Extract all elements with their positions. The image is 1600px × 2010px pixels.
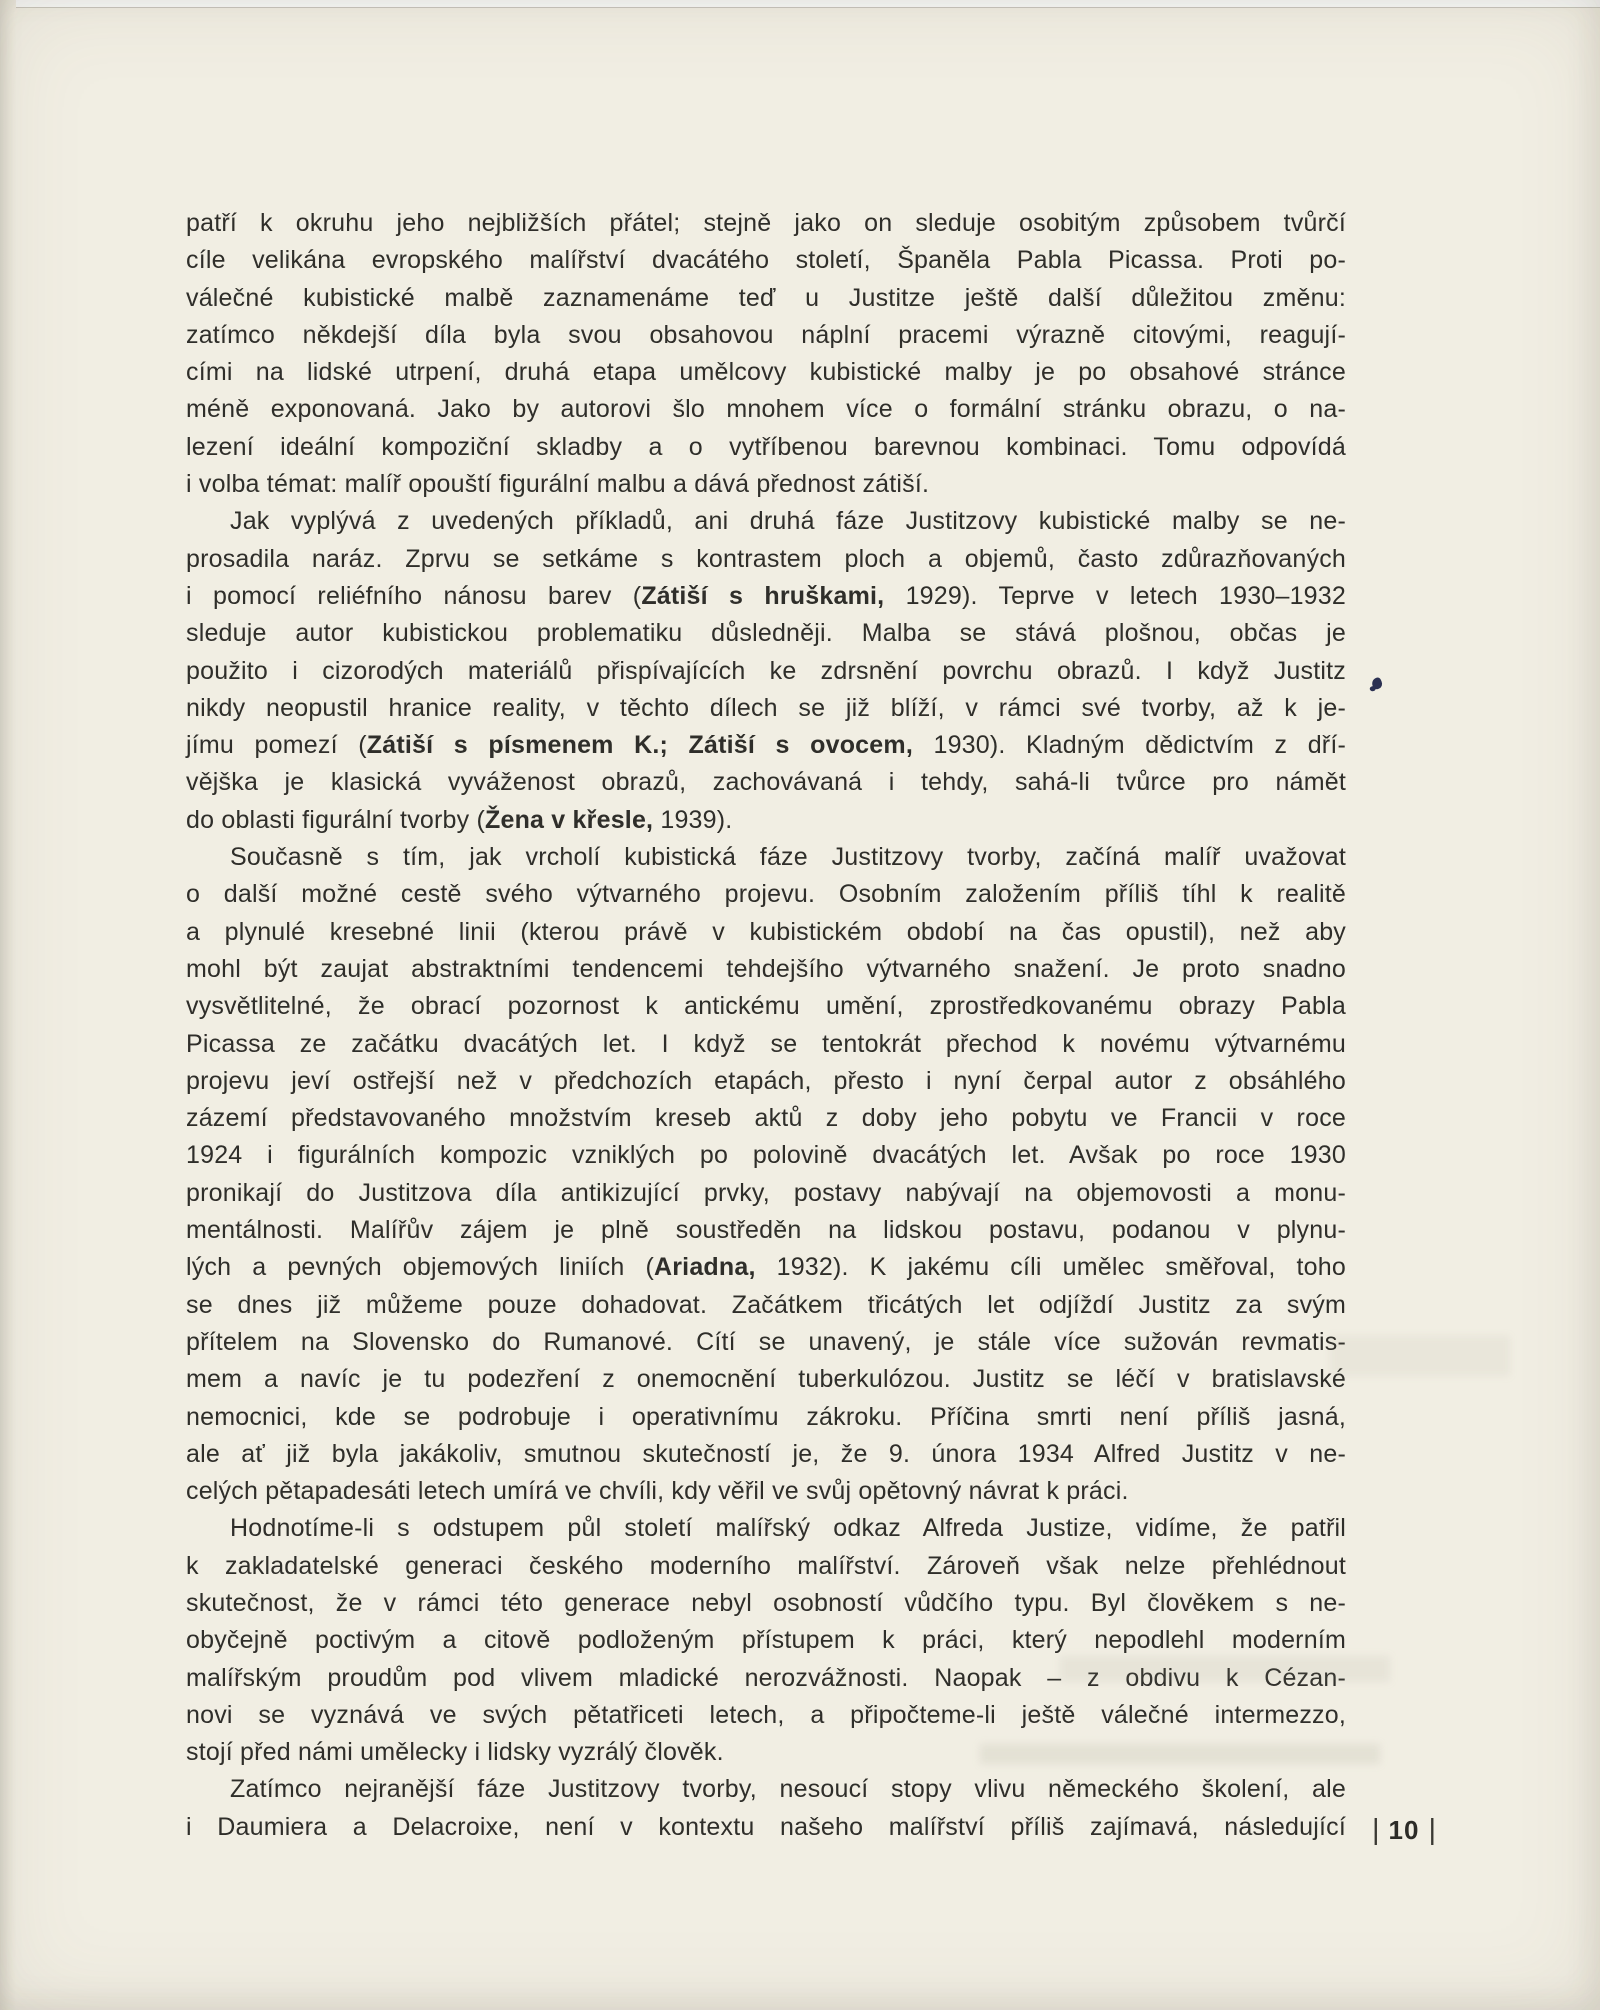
text-run: zázemí představovaného množstvím kreseb … [186,1104,1346,1132]
paragraph: Současně s tím, jak vrcholí kubistická f… [186,839,1346,1510]
text-run: vějška je klasická vyváženost obrazů, za… [186,768,1346,796]
text-line: novi se vyznává ve svých pětatřiceti let… [186,1697,1346,1734]
text-line: cími na lidské utrpení, druhá etapa uměl… [186,354,1346,391]
artwork-title-bold: Zátiší s písmenem K.; Zátiší s ovocem, [367,731,913,759]
text-run: k zakladatelské generaci českého moderní… [186,1552,1346,1580]
page-number-bar-right: | [1428,1814,1436,1847]
text-line: sleduje autor kubistickou problematiku d… [186,615,1346,652]
text-run: patří k okruhu jeho nejbližších přátel; … [186,209,1346,237]
text-run: malířským proudům pod vlivem mladické ne… [186,1664,1346,1692]
text-run: se dnes již můžeme pouze dohadovat. Začá… [186,1291,1346,1319]
text-run: Hodnotíme-li s odstupem půl století malí… [230,1514,1346,1542]
text-line: celých pětapadesáti letech umírá ve chví… [186,1473,1346,1510]
text-line: Zatímco nejranější fáze Justitzovy tvorb… [186,1771,1346,1808]
text-run: zatímco někdejší díla byla svou obsahovo… [186,321,1346,349]
text-line: skutečnost, že v rámci této generace neb… [186,1585,1346,1622]
text-line: patří k okruhu jeho nejbližších přátel; … [186,205,1346,242]
page-number-bar-left: | [1372,1814,1380,1847]
text-run: 1930). Kladným dědictvím z dří- [913,731,1346,759]
text-run: nikdy neopustil hranice reality, v těcht… [186,694,1346,722]
text-run: použito i cizorodých materiálů přispívaj… [186,657,1346,685]
text-run: skutečnost, že v rámci této generace neb… [186,1589,1346,1617]
text-line: mem a navíc je tu podezření z onemocnění… [186,1361,1346,1398]
ink-speck-artifact [1370,676,1384,690]
text-run: do oblasti figurální tvorby ( [186,806,485,834]
text-run: nemocnici, kde se podrobuje i operativní… [186,1403,1346,1431]
scan-edge-left [0,0,16,2010]
text-run: projevu jeví ostřejší než v předchozích … [186,1067,1346,1095]
paragraph: Zatímco nejranější fáze Justitzovy tvorb… [186,1771,1346,1846]
scan-edge-top [0,0,1600,8]
text-run: a plynulé kresebné linii (kterou právě v… [186,918,1346,946]
text-run: Picassa ze začátku dvacátých let. I když… [186,1030,1346,1058]
text-line: mohl být zaujat abstraktními tendencemi … [186,951,1346,988]
text-line: lých a pevných objemových liniích (Ariad… [186,1249,1346,1286]
book-page: patří k okruhu jeho nejbližších přátel; … [0,0,1600,2010]
text-line: do oblasti figurální tvorby (Žena v křes… [186,802,1346,839]
text-line: cíle velikána evropského malířství dvacá… [186,242,1346,279]
text-line: nemocnici, kde se podrobuje i operativní… [186,1399,1346,1436]
text-line: i pomocí reliéfního nánosu barev (Zátiší… [186,578,1346,615]
text-run: Zatímco nejranější fáze Justitzovy tvorb… [230,1775,1346,1803]
text-line: méně exponovaná. Jako by autorovi šlo mn… [186,391,1346,428]
text-line: projevu jeví ostřejší než v předchozích … [186,1063,1346,1100]
text-line: ale ať již byla jakákoliv, smutnou skute… [186,1436,1346,1473]
text-line: mentálnosti. Malířův zájem je plně soust… [186,1212,1346,1249]
print-smudge-artifact [1330,1336,1510,1376]
text-line: lezení ideální kompoziční skladby a o vy… [186,429,1346,466]
text-line: válečné kubistické malbě zaznamenáme teď… [186,280,1346,317]
text-run: vysvětlitelné, že obrací pozornost k ant… [186,992,1346,1020]
text-line: zatímco někdejší díla byla svou obsahovo… [186,317,1346,354]
text-line: se dnes již můžeme pouze dohadovat. Začá… [186,1287,1346,1324]
text-line: vějška je klasická vyváženost obrazů, za… [186,764,1346,801]
text-line: nikdy neopustil hranice reality, v těcht… [186,690,1346,727]
text-line: prosadila naráz. Zprvu se setkáme s kont… [186,541,1346,578]
paragraph: Hodnotíme-li s odstupem půl století malí… [186,1510,1346,1771]
text-line: i volba témat: malíř opouští figurální m… [186,466,1346,503]
text-line: Hodnotíme-li s odstupem půl století malí… [186,1510,1346,1547]
text-run: 1929). Teprve v letech 1930–1932 [884,582,1346,610]
text-line: o další možné cestě svého výtvarného pro… [186,876,1346,913]
text-run: mohl být zaujat abstraktními tendencemi … [186,955,1346,983]
text-run: 1924 i figurálních kompozic vzniklých po… [186,1141,1346,1169]
text-run: obyčejně poctivým a citově podloženým př… [186,1626,1346,1654]
text-run: i volba témat: malíř opouští figurální m… [186,470,929,498]
text-run: o další možné cestě svého výtvarného pro… [186,880,1346,908]
text-run: méně exponovaná. Jako by autorovi šlo mn… [186,395,1346,423]
text-run: cími na lidské utrpení, druhá etapa uměl… [186,358,1346,386]
text-run: ale ať již byla jakákoliv, smutnou skute… [186,1440,1346,1468]
text-run: mentálnosti. Malířův zájem je plně soust… [186,1216,1346,1244]
text-line: malířským proudům pod vlivem mladické ne… [186,1660,1346,1697]
text-run: Současně s tím, jak vrcholí kubistická f… [230,843,1346,871]
artwork-title-bold: Žena v křesle, [485,806,653,834]
text-line: přítelem na Slovensko do Rumanové. Cítí … [186,1324,1346,1361]
text-run: přítelem na Slovensko do Rumanové. Cítí … [186,1328,1346,1356]
text-run: lých a pevných objemových liniích ( [186,1253,654,1281]
text-run: celých pětapadesáti letech umírá ve chví… [186,1477,1129,1505]
text-run: pronikají do Justitzova díla antikizujíc… [186,1179,1346,1207]
text-block: patří k okruhu jeho nejbližších přátel; … [186,205,1346,1846]
text-run: cíle velikána evropského malířství dvacá… [186,246,1346,274]
text-line: Současně s tím, jak vrcholí kubistická f… [186,839,1346,876]
text-run: 1932). K jakému cíli umělec směřoval, to… [756,1253,1346,1281]
text-line: obyčejně poctivým a citově podloženým př… [186,1622,1346,1659]
text-line: stojí před námi umělecky i lidsky vyzrál… [186,1734,1346,1771]
text-run: novi se vyznává ve svých pětatřiceti let… [186,1701,1346,1729]
text-run: i pomocí reliéfního nánosu barev ( [186,582,641,610]
text-line: Picassa ze začátku dvacátých let. I když… [186,1026,1346,1063]
text-line: Jak vyplývá z uvedených příkladů, ani dr… [186,503,1346,540]
text-line: k zakladatelské generaci českého moderní… [186,1548,1346,1585]
text-run: stojí před námi umělecky i lidsky vyzrál… [186,1738,724,1766]
artwork-title-bold: Zátiší s hruškami, [641,582,884,610]
text-run: sleduje autor kubistickou problematiku d… [186,619,1346,647]
text-run: jímu pomezí ( [186,731,367,759]
artwork-title-bold: Ariadna, [654,1253,756,1281]
paragraph: Jak vyplývá z uvedených příkladů, ani dr… [186,503,1346,839]
text-line: zázemí představovaného množstvím kreseb … [186,1100,1346,1137]
text-line: použito i cizorodých materiálů přispívaj… [186,653,1346,690]
text-run: mem a navíc je tu podezření z onemocnění… [186,1365,1346,1393]
text-run: 1939). [653,806,732,834]
paragraph: patří k okruhu jeho nejbližších přátel; … [186,205,1346,503]
text-line: pronikají do Justitzova díla antikizujíc… [186,1175,1346,1212]
page-number-value: 10 [1389,1815,1420,1846]
text-run: lezení ideální kompoziční skladby a o vy… [186,433,1346,461]
text-line: jímu pomezí (Zátiší s písmenem K.; Zátiš… [186,727,1346,764]
text-line: a plynulé kresebné linii (kterou právě v… [186,914,1346,951]
text-line: vysvětlitelné, že obrací pozornost k ant… [186,988,1346,1025]
text-line: i Daumiera a Delacroixe, není v kontextu… [186,1809,1346,1846]
text-line: 1924 i figurálních kompozic vzniklých po… [186,1137,1346,1174]
text-run: i Daumiera a Delacroixe, není v kontextu… [186,1813,1346,1841]
text-run: válečné kubistické malbě zaznamenáme teď… [186,284,1346,312]
text-run: prosadila naráz. Zprvu se setkáme s kont… [186,545,1346,573]
page-number: | 10 | [1372,1814,1436,1847]
text-run: Jak vyplývá z uvedených příkladů, ani dr… [230,507,1346,535]
